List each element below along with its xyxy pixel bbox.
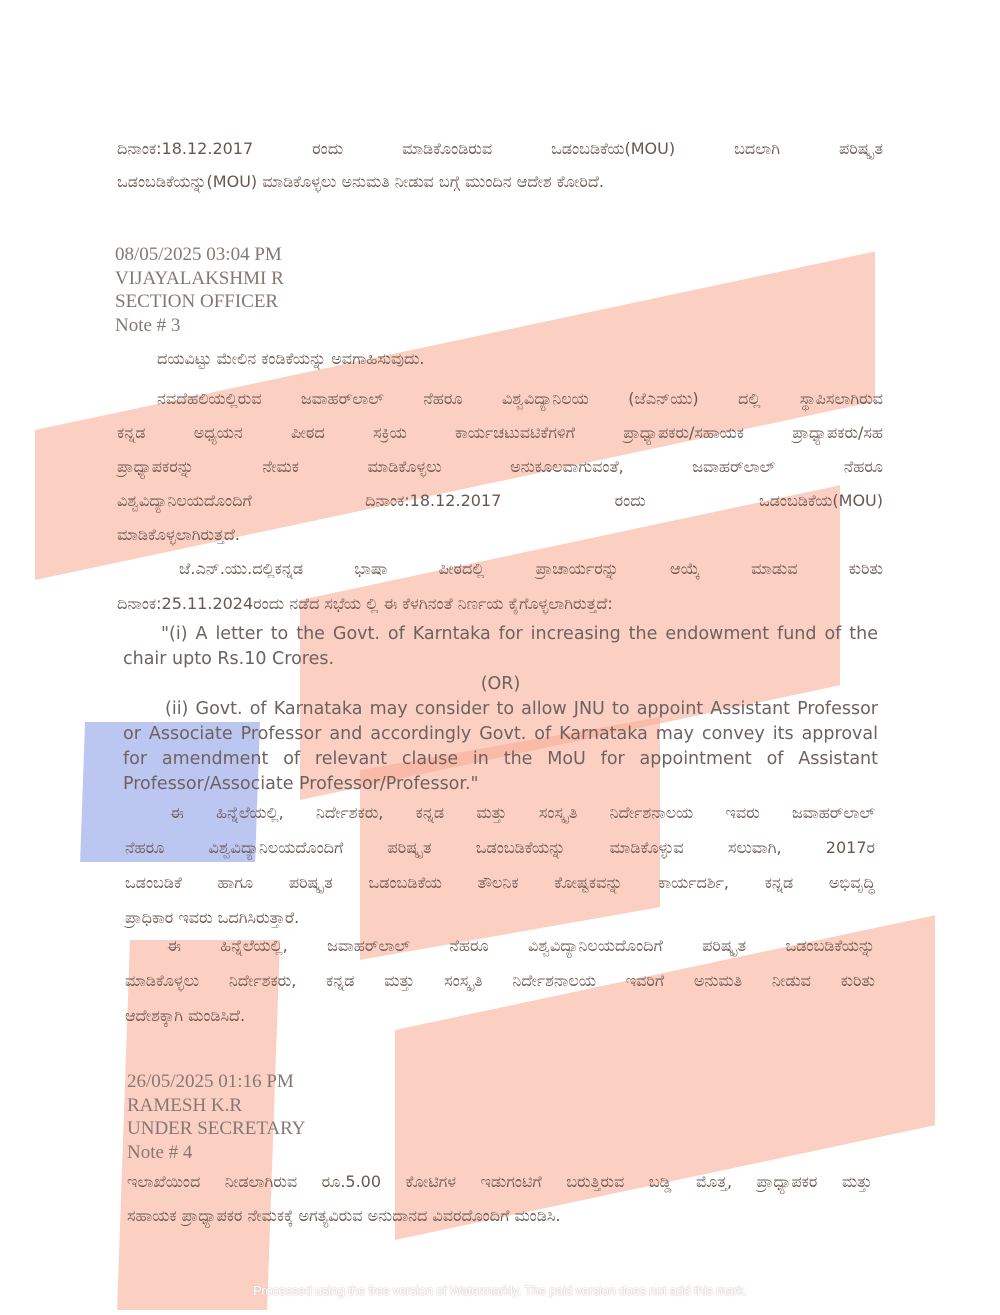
para-line: ಸಹಾಯಕ ಪ್ರಾಧ್ಯಾಪಕರ ನೇಮಕಕ್ಕೆ ಅಗತ್ಯವಿರುವ ಅನ… [127,1199,872,1233]
resolution-quote: "(i) A letter to the Govt. of Karntaka f… [123,622,878,797]
para-line: ಮಾಡಿಕೊಳ್ಳಲಾಗಿರುತ್ತದೆ. [117,518,883,552]
note3-para1-text: ದಯವಿಟ್ಟು ಮೇಲಿನ ಕಂಡಿಕೆಯನ್ನು ಅವಗಾಹಿಸುವುದು. [117,342,883,376]
para-line: ಮಾಡಿಕೊಳ್ಳಲು ನಿರ್ದೇಶಕರು, ಕನ್ನಡ ಮತ್ತು ಸಂಸ್… [125,963,875,998]
resolution-item-1: "(i) A letter to the Govt. of Karntaka f… [123,622,878,672]
note4-para1: ಇಲಾಖೆಯಿಂದ ನೀಡಲಾಗಿರುವ ರೂ.5.00 ಕೋಟಿಗಳ ಇಡುಗ… [127,1165,872,1233]
note3-timestamp: 08/05/2025 03:04 PM [115,243,284,267]
para-line: ಪ್ರಾಧ್ಯಾಪಕರನ್ನು ನೇಮಕ ಮಾಡಿಕೊಳ್ಳಲು ಅನುಕೂಲವ… [117,450,883,484]
intro-line: ಒಡಂಬಡಿಕೆಯನ್ನು(MOU) ಮಾಡಿಕೊಳ್ಳಲು ಅನುಮತಿ ನೀ… [117,165,883,198]
para-line: ವಿಶ್ವವಿದ್ಯಾನಿಲಯದೊಂದಿಗೆ ದಿನಾಂಕ:18.12.2017… [117,484,883,518]
para-line: ಒಡಂಬಡಿಕೆ ಹಾಗೂ ಪರಿಷ್ಕೃತ ಒಡಂಬಡಿಕೆಯ ತೌಲನಿಕ … [125,865,875,900]
note3-header: 08/05/2025 03:04 PM VIJAYALAKSHMI R SECT… [115,243,284,337]
para-line: ಆದೇಶಕ್ಕಾಗಿ ಮಂಡಿಸಿದೆ. [125,998,875,1033]
note3-para2: ನವದೆಹಲಿಯಲ್ಲಿರುವ ಜವಾಹರ್‌ಲಾಲ್ ನೆಹರೂ ವಿಶ್ವವ… [117,382,883,552]
resolution-or: (OR) [123,672,878,697]
para-line: ಈ ಹಿನ್ನೆಲೆಯಲ್ಲಿ, ಜವಾಹರ್‌ಲಾಲ್ ನೆಹರೂ ವಿಶ್ವ… [125,928,875,963]
resolution-item-2: (ii) Govt. of Karnataka may consider to … [123,697,878,797]
note3-para1: ದಯವಿಟ್ಟು ಮೇಲಿನ ಕಂಡಿಕೆಯನ್ನು ಅವಗಾಹಿಸುವುದು. [117,342,883,376]
intro-paragraph: ದಿನಾಂಕ:18.12.2017 ರಂದು ಮಾಡಿಕೊಂಡಿರುವ ಒಡಂಬ… [117,132,883,198]
para-line: ಜೆ.ಎನ್.ಯು.ದಲ್ಲಿಕನ್ನಡ ಭಾಷಾ ಪೀಠದಲ್ಲಿ ಪ್ರಾಚ… [117,551,883,586]
para-line: ನೆಹರೂ ವಿಶ್ವವಿದ್ಯಾನಿಲಯದೊಂದಿಗೆ ಪರಿಷ್ಕೃತ ಒಡ… [125,830,875,865]
note4-timestamp: 26/05/2025 01:16 PM [127,1070,305,1094]
note-sheet-page: ದಿನಾಂಕ:18.12.2017 ರಂದು ಮಾಡಿಕೊಂಡಿರುವ ಒಡಂಬ… [0,0,1000,1315]
note4-author: RAMESH K.R [127,1094,305,1118]
para-line: ಇಲಾಖೆಯಿಂದ ನೀಡಲಾಗಿರುವ ರೂ.5.00 ಕೋಟಿಗಳ ಇಡುಗ… [127,1165,872,1199]
note3-label: Note # 3 [115,314,284,338]
para-line: ನವದೆಹಲಿಯಲ್ಲಿರುವ ಜವಾಹರ್‌ಲಾಲ್ ನೆಹರೂ ವಿಶ್ವವ… [117,382,883,416]
para-line: ಈ ಹಿನ್ನೆಲೆಯಲ್ಲಿ, ನಿರ್ದೇಶಕರು, ಕನ್ನಡ ಮತ್ತು… [125,795,875,830]
note3-para3: ಜೆ.ಎನ್.ಯು.ದಲ್ಲಿಕನ್ನಡ ಭಾಷಾ ಪೀಠದಲ್ಲಿ ಪ್ರಾಚ… [117,551,883,621]
para-line: ಕನ್ನಡ ಅಧ್ಯಯನ ಪೀಠದ ಸಕ್ರಿಯ ಕಾರ್ಯಚಟುವಟಿಕೆಗಳ… [117,416,883,450]
watermark-footer-text: Processed using the free version of Wate… [0,1283,1000,1298]
note3-para4: ಈ ಹಿನ್ನೆಲೆಯಲ್ಲಿ, ನಿರ್ದೇಶಕರು, ಕನ್ನಡ ಮತ್ತು… [125,795,875,935]
note4-header: 26/05/2025 01:16 PM RAMESH K.R UNDER SEC… [127,1070,305,1164]
note3-designation: SECTION OFFICER [115,290,284,314]
note4-designation: UNDER SECRETARY [127,1117,305,1141]
intro-line: ದಿನಾಂಕ:18.12.2017 ರಂದು ಮಾಡಿಕೊಂಡಿರುವ ಒಡಂಬ… [117,132,883,165]
note3-author: VIJAYALAKSHMI R [115,267,284,291]
note3-para5: ಈ ಹಿನ್ನೆಲೆಯಲ್ಲಿ, ಜವಾಹರ್‌ಲಾಲ್ ನೆಹರೂ ವಿಶ್ವ… [125,928,875,1033]
para-line: ದಿನಾಂಕ:25.11.2024ರಂದು ನಡೆದ ಸಭೆಯ ಲ್ಲಿ ಈ ಕ… [117,586,883,621]
note4-label: Note # 4 [127,1141,305,1165]
